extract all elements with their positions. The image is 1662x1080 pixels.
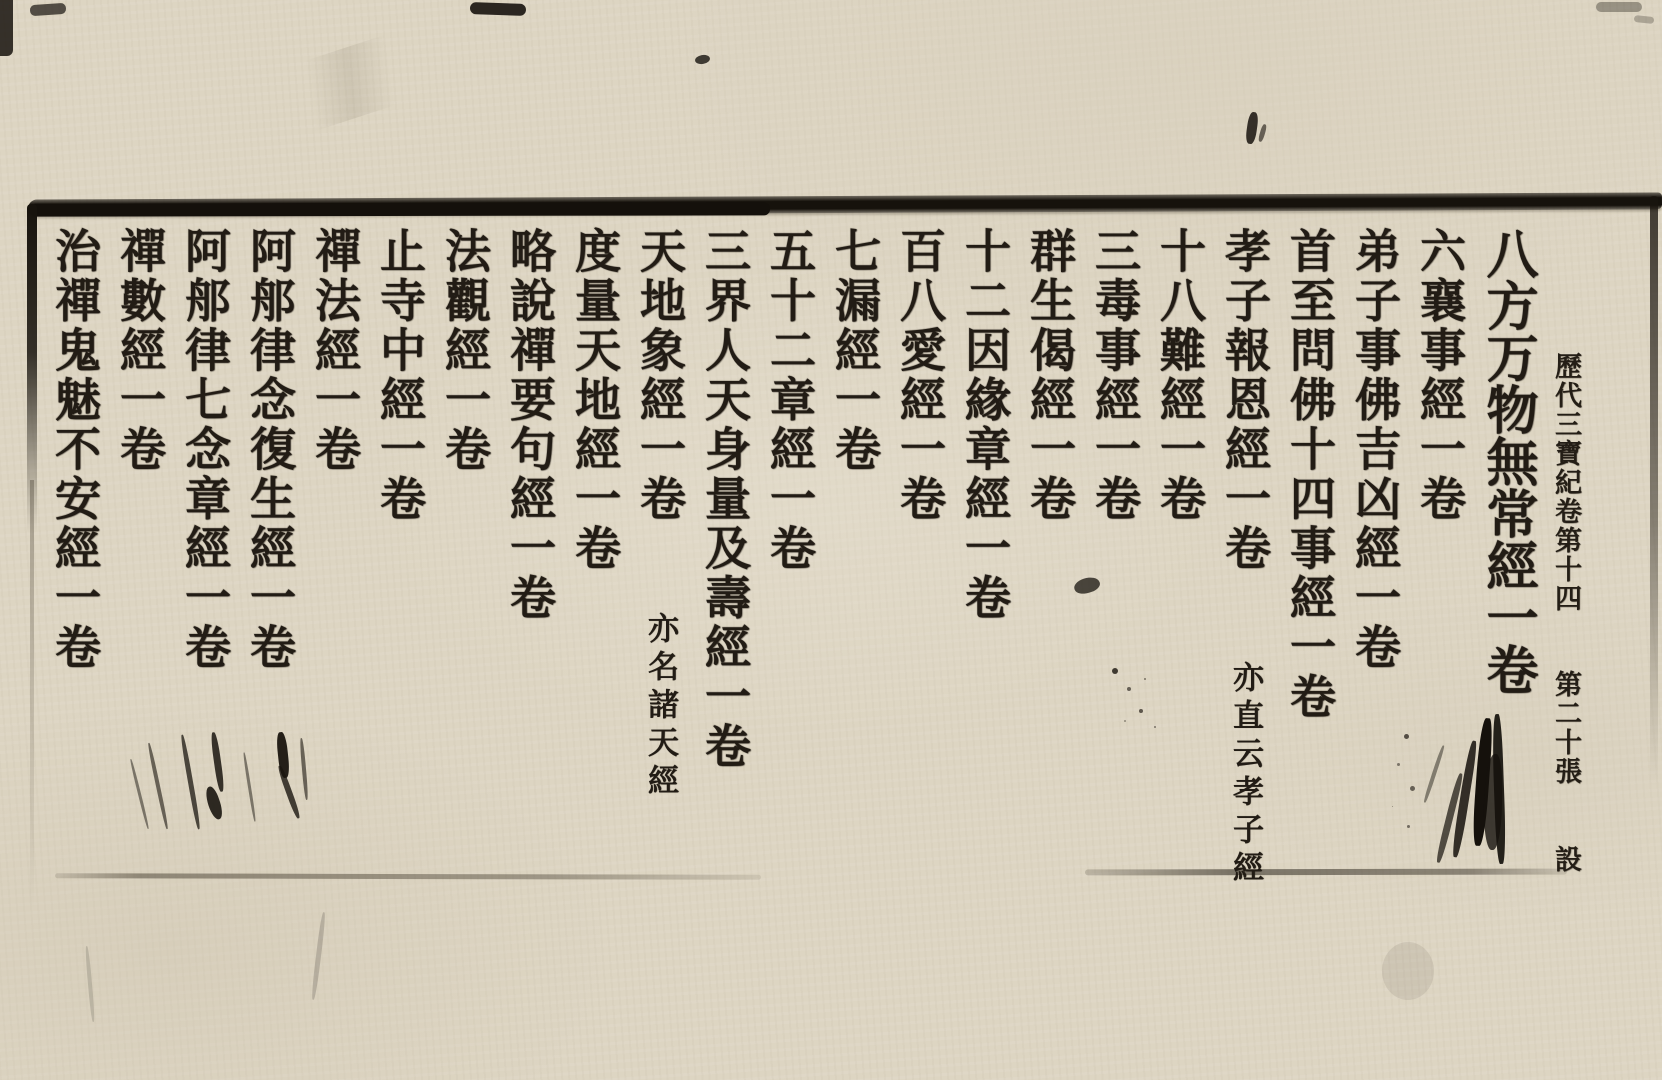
sutra-annotation: 亦名諸天經 xyxy=(642,612,678,802)
sutra-title: 十八難經一卷 xyxy=(1153,227,1207,524)
sutra-entry: 群生偈經一卷 xyxy=(1017,227,1082,889)
sutra-entry: 治禪鬼魅不安經一卷 xyxy=(42,227,107,889)
sheet-number: 第二十張 xyxy=(1550,670,1581,786)
sutra-entry: 弟子事佛吉凶經一卷 xyxy=(1342,227,1407,889)
sutra-title: 法觀經一卷 xyxy=(438,227,492,475)
sutra-title: 天地象經一卷 xyxy=(633,227,687,524)
ink-dots xyxy=(1404,734,1409,739)
ink-speckles xyxy=(1112,668,1118,674)
ink-dash-top xyxy=(470,2,526,16)
sutra-title: 八方万物無常經一卷 xyxy=(1477,227,1538,695)
sutra-title: 略說禪要句經一卷 xyxy=(503,227,557,623)
sutra-title: 群生偈經一卷 xyxy=(1023,227,1077,524)
sutra-title: 十二因緣章經一卷 xyxy=(958,227,1012,623)
sutra-title: 孝子報恩經一卷 xyxy=(1218,227,1272,574)
engraver-mark: 設 xyxy=(1550,845,1581,874)
sutra-entry: 七漏經一卷 xyxy=(822,227,887,889)
left-border-line-faint xyxy=(30,480,34,910)
sutra-annotation: 亦直云孝子經 xyxy=(1227,661,1263,889)
volume-header-column: 歷代三寶紀卷第十四 第二十張 設 xyxy=(1534,352,1596,874)
sutra-title: 度量天地經一卷 xyxy=(568,227,622,574)
sutra-title: 六襄事經一卷 xyxy=(1413,227,1467,524)
sutra-title: 止寺中經一卷 xyxy=(373,227,427,524)
sutra-title: 百八愛經一卷 xyxy=(893,227,947,524)
volume-title: 歷代三寶紀卷第十四 xyxy=(1550,352,1581,613)
edge-mark-top-left-2 xyxy=(30,3,67,16)
right-border-line xyxy=(1650,196,1658,786)
sutra-title: 七漏經一卷 xyxy=(828,227,882,475)
sutra-title: 三毒事經一卷 xyxy=(1088,227,1142,524)
ink-dot-top xyxy=(694,54,710,65)
scratch-bottom-2 xyxy=(85,946,96,1022)
stain-bottom-right xyxy=(1382,942,1434,1000)
sutra-entry: 天地象經一卷 亦名諸天經 xyxy=(627,227,692,889)
edge-mark-top-right-2 xyxy=(1634,15,1655,24)
top-border-rule-left xyxy=(30,202,770,216)
sutra-title: 五十二章經一卷 xyxy=(763,227,817,574)
sutra-entry: 略說禪要句經一卷 xyxy=(497,227,562,889)
sutra-title: 禪數經一卷 xyxy=(113,227,167,475)
scratch-bottom-1 xyxy=(311,912,327,1000)
sutra-entry: 首至問佛十四事經一卷 xyxy=(1277,227,1342,889)
sutra-entry: 百八愛經一卷 xyxy=(887,227,952,889)
sutra-title: 阿郍律念復生經一卷 xyxy=(243,227,297,673)
edge-mark-top-left xyxy=(0,0,13,56)
ink-mark-upper-right xyxy=(1245,111,1259,144)
sutra-entry: 十八難經一卷 xyxy=(1147,227,1212,889)
sutra-title: 弟子事佛吉凶經一卷 xyxy=(1348,227,1402,673)
ink-streaks-bottom-left xyxy=(130,730,320,845)
sutra-entry: 法觀經一卷 xyxy=(432,227,497,889)
sutra-title: 三界人天身量及壽經一卷 xyxy=(698,227,752,772)
sutra-entry: 止寺中經一卷 xyxy=(367,227,432,889)
edge-mark-top-right xyxy=(1596,2,1642,12)
sutra-title: 阿郍律七念章經一卷 xyxy=(178,227,232,673)
ink-mark-upper-right-2 xyxy=(1258,124,1268,143)
sutra-entry: 五十二章經一卷 xyxy=(757,227,822,889)
sutra-entry: 十二因緣章經一卷 xyxy=(952,227,1017,889)
sutra-title: 禪法經一卷 xyxy=(308,227,362,475)
ink-smear-bottom-right xyxy=(1424,714,1512,872)
sutra-title: 首至問佛十四事經一卷 xyxy=(1283,227,1337,722)
sutra-entry: 三毒事經一卷 xyxy=(1082,227,1147,889)
sutra-title: 治禪鬼魅不安經一卷 xyxy=(48,227,102,673)
sutra-entry: 孝子報恩經一卷 亦直云孝子經 xyxy=(1212,227,1277,889)
sutra-entry: 三界人天身量及壽經一卷 xyxy=(692,227,757,889)
paper-fiber-streak xyxy=(244,19,456,147)
manuscript-page: 歷代三寶紀卷第十四 第二十張 設 八方万物無常經一卷 六襄事經一卷 弟子事佛吉凶… xyxy=(0,0,1662,1080)
sutra-entry: 度量天地經一卷 xyxy=(562,227,627,889)
